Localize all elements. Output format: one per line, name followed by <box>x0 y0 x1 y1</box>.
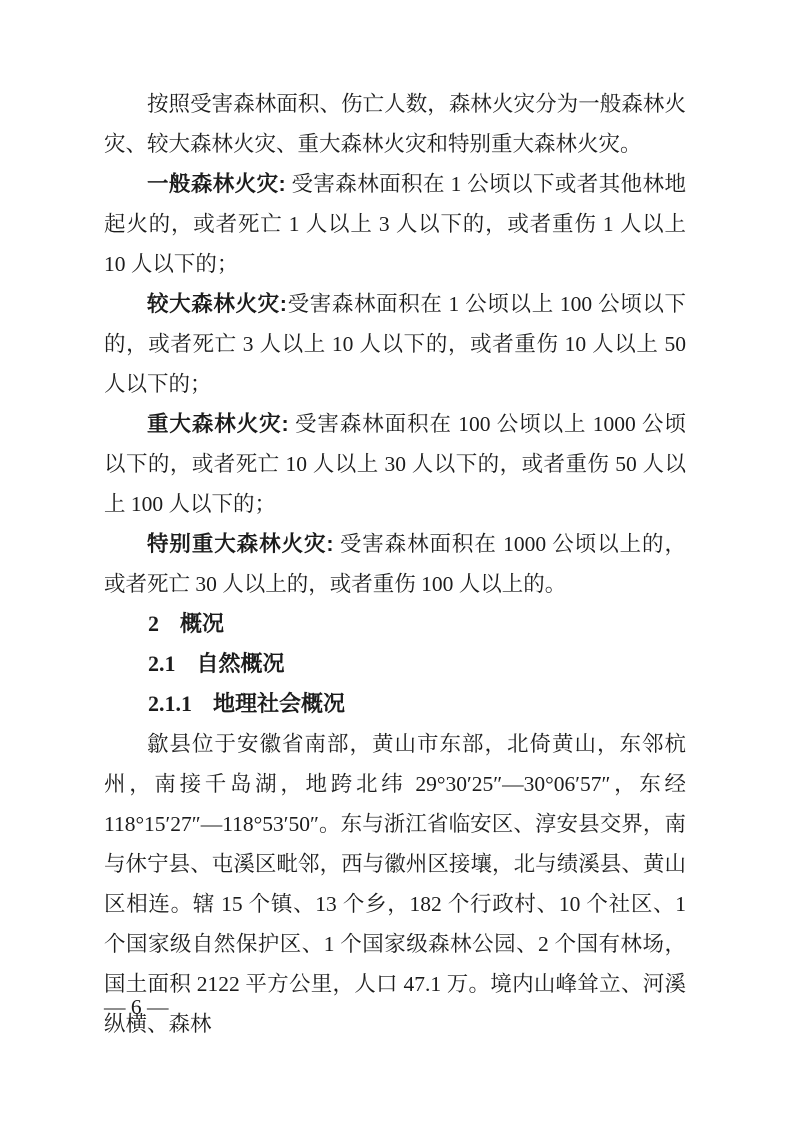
document-body: 按照受害森林面积、伤亡人数，森林火灾分为一般森林火灾、较大森林火灾、重大森林火灾… <box>104 84 686 1044</box>
page-number: — 6 — <box>104 992 169 1022</box>
term-larger-fire: 较大森林火灾: <box>147 292 287 316</box>
document-page: 按照受害森林面积、伤亡人数，森林火灾分为一般森林火灾、较大森林火灾、重大森林火灾… <box>0 0 793 1121</box>
heading-section-2: 2概况 <box>104 604 686 644</box>
term-extreme-fire: 特别重大森林火灾: <box>147 532 334 556</box>
heading-section-2-1-1: 2.1.1地理社会概况 <box>104 684 686 724</box>
paragraph-major-fire: 重大森林火灾: 受害森林面积在 100 公顷以上 1000 公顷以下的，或者死亡… <box>104 404 686 524</box>
term-general-fire: 一般森林火灾: <box>147 172 286 196</box>
heading-section-2-1-title: 自然概况 <box>197 651 285 676</box>
paragraph-geography-overview: 歙县位于安徽省南部，黄山市东部，北倚黄山，东邻杭州，南接千岛湖，地跨北纬 29°… <box>104 724 686 1044</box>
classification-intro-text: 按照受害森林面积、伤亡人数，森林火灾分为一般森林火灾、较大森林火灾、重大森林火灾… <box>104 92 686 156</box>
heading-section-2-1: 2.1自然概况 <box>104 644 686 684</box>
paragraph-extreme-fire: 特别重大森林火灾: 受害森林面积在 1000 公顷以上的，或者死亡 30 人以上… <box>104 524 686 604</box>
heading-section-2-number: 2 <box>148 611 159 636</box>
term-major-fire: 重大森林火灾: <box>147 412 289 436</box>
paragraph-general-fire: 一般森林火灾: 受害森林面积在 1 公顷以下或者其他林地起火的，或者死亡 1 人… <box>104 164 686 284</box>
geography-overview-text: 歙县位于安徽省南部，黄山市东部，北倚黄山，东邻杭州，南接千岛湖，地跨北纬 29°… <box>104 732 686 1036</box>
paragraph-classification-intro: 按照受害森林面积、伤亡人数，森林火灾分为一般森林火灾、较大森林火灾、重大森林火灾… <box>104 84 686 164</box>
heading-section-2-1-1-number: 2.1.1 <box>148 691 192 716</box>
paragraph-larger-fire: 较大森林火灾:受害森林面积在 1 公顷以上 100 公顷以下的，或者死亡 3 人… <box>104 284 686 404</box>
heading-section-2-title: 概况 <box>180 611 224 636</box>
heading-section-2-1-1-title: 地理社会概况 <box>213 691 345 716</box>
heading-section-2-1-number: 2.1 <box>148 651 176 676</box>
